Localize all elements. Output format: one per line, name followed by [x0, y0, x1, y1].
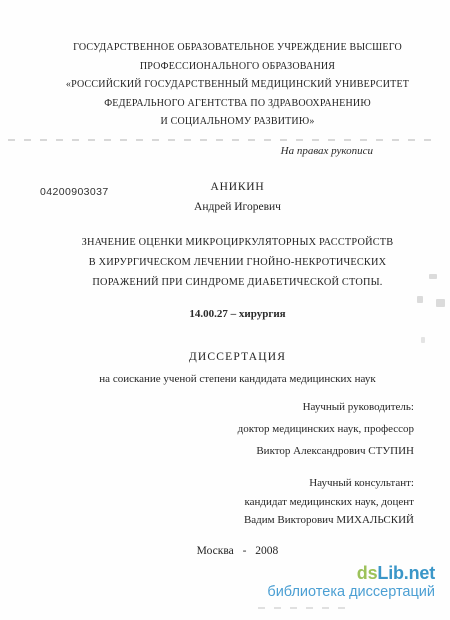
- dslib-logo-prefix: ds: [357, 563, 378, 583]
- institution-header-line: ФЕДЕРАЛЬНОГО АГЕНТСТВА ПО ЗДРАВООХРАНЕНИ…: [25, 95, 450, 114]
- institution-header-line: И СОЦИАЛЬНОМУ РАЗВИТИЮ»: [25, 113, 450, 132]
- dissertation-title-page: ГОСУДАРСТВЕННОЕ ОБРАЗОВАТЕЛЬНОЕ УЧРЕЖДЕН…: [0, 0, 450, 620]
- institution-header-line: ПРОФЕССИОНАЛЬНОГО ОБРАЗОВАНИЯ: [25, 58, 450, 77]
- consultant-heading: Научный консультант:: [244, 474, 414, 493]
- author-given-names: Андрей Игоревич: [25, 201, 450, 213]
- manuscript-rights-note: На правах рукописи: [281, 145, 373, 157]
- author-surname: АНИКИН: [25, 181, 450, 193]
- supervisor-name: Виктор Александрович СТУПИН: [238, 440, 414, 462]
- consultant-name: Вадим Викторович МИХАЛЬСКИЙ: [244, 511, 414, 530]
- supervisor-degree: доктор медицинских наук, профессор: [238, 418, 414, 440]
- scan-artifact-speck: [421, 337, 425, 343]
- dissertation-title-line: ЗНАЧЕНИЕ ОЦЕНКИ МИКРОЦИРКУЛЯТОРНЫХ РАССТ…: [25, 233, 450, 253]
- institution-header: ГОСУДАРСТВЕННОЕ ОБРАЗОВАТЕЛЬНОЕ УЧРЕЖДЕН…: [25, 39, 450, 132]
- dissertation-subtitle: на соискание ученой степени кандидата ме…: [25, 373, 450, 385]
- consultant-block: Научный консультант: кандидат медицински…: [244, 474, 414, 530]
- dslib-logo: dsLib.net: [267, 563, 435, 584]
- dissertation-title-line: ПОРАЖЕНИЙ ПРИ СИНДРОМЕ ДИАБЕТИЧЕСКОЙ СТО…: [25, 273, 450, 293]
- scan-artifact-speck: [436, 299, 445, 307]
- scan-artifact-line: [8, 139, 440, 141]
- dslib-logo-suffix: Lib.net: [377, 563, 435, 583]
- consultant-degree: кандидат медицинских наук, доцент: [244, 493, 414, 512]
- scan-artifact-speck: [417, 296, 423, 303]
- dissertation-title: ЗНАЧЕНИЕ ОЦЕНКИ МИКРОЦИРКУЛЯТОРНЫХ РАССТ…: [25, 233, 450, 293]
- dissertation-title-line: В ХИРУРГИЧЕСКОМ ЛЕЧЕНИИ ГНОЙНО-НЕКРОТИЧЕ…: [25, 253, 450, 273]
- supervisor-heading: Научный руководитель:: [238, 396, 414, 418]
- dslib-subtitle: библиотека диссертаций: [267, 584, 435, 601]
- author-block: АНИКИН Андрей Игоревич: [25, 181, 450, 213]
- city-year: Москва - 2008: [25, 545, 450, 557]
- dissertation-label: ДИССЕРТАЦИЯ: [25, 351, 450, 363]
- scan-artifact-line: [258, 607, 346, 609]
- institution-header-line: «РОССИЙСКИЙ ГОСУДАРСТВЕННЫЙ МЕДИЦИНСКИЙ …: [25, 76, 450, 95]
- scan-artifact-speck: [429, 274, 437, 279]
- dslib-watermark: dsLib.net библиотека диссертаций: [267, 563, 435, 600]
- institution-header-line: ГОСУДАРСТВЕННОЕ ОБРАЗОВАТЕЛЬНОЕ УЧРЕЖДЕН…: [25, 39, 450, 58]
- specialty-code: 14.00.27 – хирургия: [25, 308, 450, 320]
- supervisor-block: Научный руководитель: доктор медицинских…: [238, 396, 414, 462]
